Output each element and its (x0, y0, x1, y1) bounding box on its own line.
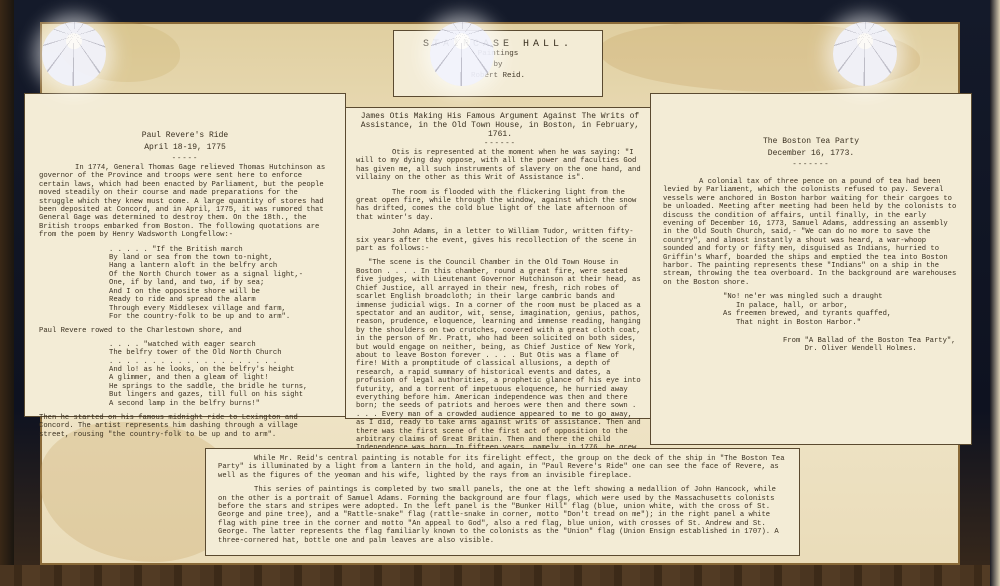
exhibit-by: by (394, 60, 602, 71)
panel-title: The Boston Tea Party (663, 136, 959, 148)
light-reflection (430, 22, 494, 86)
exhibit-subtitle: Paintings (394, 49, 602, 60)
exhibit-title: STAIRCASE HALL. (394, 41, 602, 49)
panel-title: Paul Revere's Ride (39, 130, 331, 142)
paragraph: Otis is represented at the moment when h… (356, 149, 644, 183)
paragraph: A colonial tax of three pence on a pound… (663, 178, 959, 287)
divider: ----- (39, 154, 331, 164)
panel-date: December 16, 1773. (663, 148, 959, 160)
frame-edge-bottom (0, 565, 1000, 586)
light-reflection (833, 22, 897, 86)
james-otis-panel: James Otis Making His Famous Argument Ag… (345, 107, 655, 419)
panel-title: James Otis Making His Famous Argument Ag… (356, 112, 644, 139)
light-reflection (42, 22, 106, 86)
notes-panel: While Mr. Reid's central painting is not… (205, 448, 800, 556)
divider: ------ (356, 139, 644, 149)
boston-tea-party-panel: The Boston Tea Party December 16, 1773. … (650, 93, 972, 445)
exhibit-artist: Robert Reid. (394, 71, 602, 82)
poem-quote: . . . . . "If the British march By land … (109, 246, 331, 322)
divider: ------- (663, 160, 959, 170)
poem-quote: "No! ne'er was mingled such a draught In… (723, 293, 959, 327)
title-card: STAIRCASE HALL. Paintings by Robert Reid… (393, 30, 603, 97)
paragraph: While Mr. Reid's central painting is not… (218, 455, 787, 480)
paragraph: This series of paintings is completed by… (218, 486, 787, 545)
poem-credit: From "A Ballad of the Boston Tea Party",… (783, 337, 959, 354)
paul-revere-panel: Paul Revere's Ride April 18-19, 1775 ---… (24, 93, 346, 417)
panel-date: April 18-19, 1775 (39, 142, 331, 154)
frame-edge-left (0, 0, 14, 586)
paragraph: The room is flooded with the flickering … (356, 189, 644, 223)
quotation: "The scene is the Council Chamber in the… (356, 259, 644, 461)
poem-quote: . . . . "watched with eager search The b… (109, 341, 331, 408)
frame-edge-right (990, 0, 1000, 586)
paragraph: Then he started on his famous midnight r… (39, 414, 331, 439)
paragraph: John Adams, in a letter to William Tudor… (356, 228, 644, 253)
paragraph: Paul Revere rowed to the Charlestown sho… (39, 327, 331, 335)
paragraph: In 1774, General Thomas Gage relieved Th… (39, 164, 331, 240)
